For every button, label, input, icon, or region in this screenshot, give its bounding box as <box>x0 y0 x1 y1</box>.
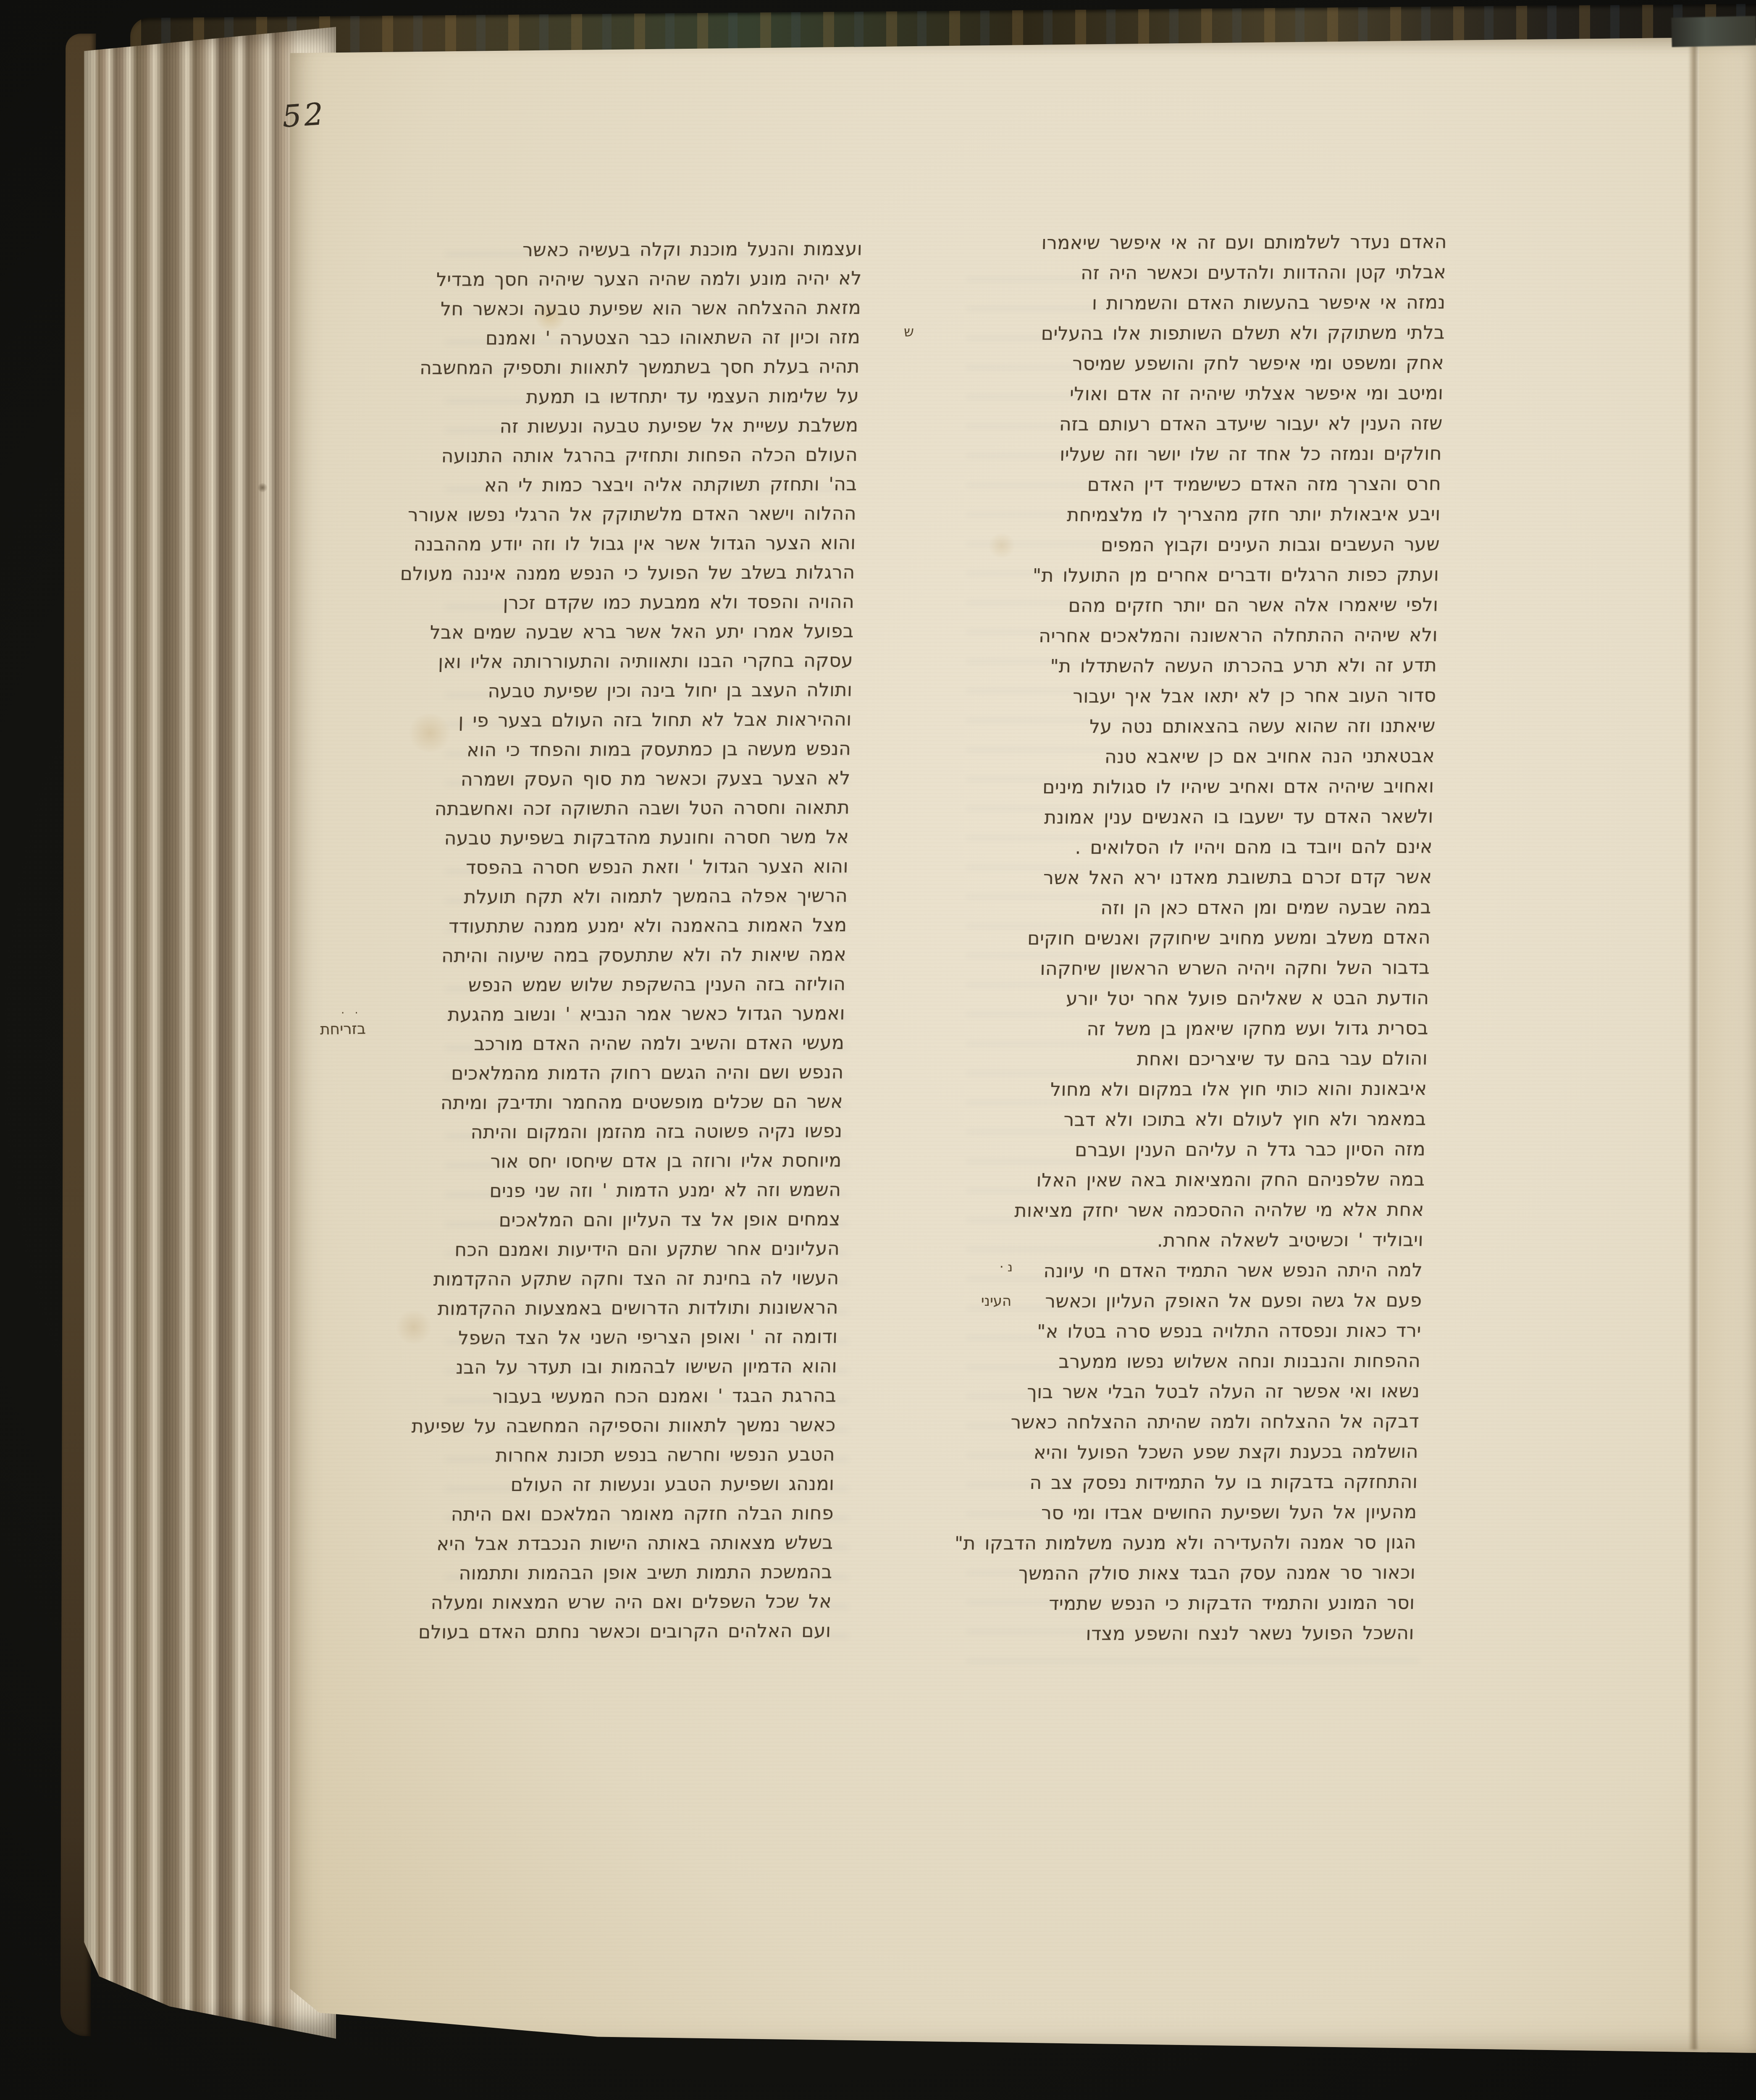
manuscript-line: לא הצער בצעק וכאשר מת סוף העסק ושמרה <box>428 764 851 795</box>
manuscript-line: בלתי משתוקק ולא תשלם השותפות אלו בהעלים <box>976 318 1445 349</box>
manuscript-line: בדבור השל וחקה ויהיה השרש הראשון שיחקהו <box>961 953 1430 984</box>
manuscript-line: והולם עבר בהם עד שיצריכם ואחת <box>958 1044 1428 1075</box>
manuscript-line: חרס והצרך מזה האדם כשישמיד דין האדם <box>972 469 1442 500</box>
margin-note-left: בזריחת <box>320 1020 366 1038</box>
manuscript-line: ותולה העצב בן יחול בינה וכין שפיעת טבעה <box>430 675 853 706</box>
manuscript-line: ומנהג ושפיעת הטבע ונעשות זה העולם <box>412 1469 835 1500</box>
manuscript-line: ולא שיהיה ההתחלה הראשונה והמלאכים אחריה <box>969 620 1438 651</box>
manuscript-line: האדם נעדר לשלמותם ועם זה אי איפשר שיאמרו <box>978 227 1447 258</box>
manuscript-line: בשלש מצאותה באותה הישות הנכבדת אבל היא <box>411 1528 834 1559</box>
manuscript-line: במאמר ולא חוץ לעולם ולא בתוכו ולא דבר <box>957 1104 1427 1136</box>
binding-sliver-top-right <box>1671 16 1756 47</box>
manuscript-line: לא יהיה מונע ולמה שהיה הצער שיהיה חסך מב… <box>440 264 862 295</box>
manuscript-line: עסקה בחקרי הבנו ותאוותיה והתעוררותה אליו… <box>431 646 853 677</box>
folio-number: 52 <box>281 96 327 134</box>
manuscript-line: מיוחסת אליו ורוזה בן אדם שיחסו יחס אור <box>420 1146 842 1177</box>
manuscript-line: ויבוליד ' וכשיטיב לשאלה אחרת. <box>954 1225 1424 1257</box>
manuscript-line: סדור העוב אחר כן לא יתאו אבל איך יעבור <box>967 680 1437 712</box>
manuscript-line: אינם להם ויובד בו מהם ויהיו לו הסלואים . <box>963 832 1433 864</box>
manuscript-line: במה שבעה שמים ומן האדם כאן הן וזה <box>962 892 1432 924</box>
manuscript-line: אשר הם שכלים מופשטים מהחמר ותדיבק ומיתה <box>421 1087 843 1118</box>
manuscript-line: והוא הצער הגדול אשר אין גבול לו וזה יודע… <box>434 528 856 559</box>
manuscript-line: ההלוה וישאר האדם מלשתוקק אל הרגלי נפשו א… <box>434 499 857 530</box>
manuscript-line: בסרית גדול ועש מחקו שיאמן בן משל זה <box>959 1013 1429 1045</box>
manuscript-line: השמש וזה לא ימנע הדמות ' וזה שני פנים <box>419 1175 842 1206</box>
manuscript-line: אל משר חסרה וחונעת מהדבקות בשפיעת טבעה <box>427 822 850 853</box>
manuscript-line: והתחזקה בדבקות בו על התמידות נפסק צב ה <box>949 1467 1418 1499</box>
manuscript-line: העליונים אחר שתקע והם הידיעות ואמנם הכח <box>418 1234 840 1265</box>
manuscript-line: הנפש ושם והיה הגשם רחוק הדמות מהמלאכים <box>422 1058 844 1089</box>
gutter-letter-annotation: ש <box>904 323 914 340</box>
manuscript-line: למה היתה הנפש אשר התמיד האדם חי עיונה <box>953 1255 1423 1287</box>
manuscript-line: במה שלפניהם החק והמציאות באה שאין האלו <box>956 1165 1425 1196</box>
margin-note-left-dots: · · <box>341 1007 362 1020</box>
manuscript-line: אמה שיאות לה ולא שתתעסק במה שיעוה והיתה <box>424 940 847 971</box>
manuscript-line: הנפש מעשה בן כמתעסק במות והפחד כי הוא <box>429 734 852 765</box>
manuscript-line: וההיראות אבל לא תחול בזה העולם בצער פי ן <box>430 705 852 736</box>
manuscript-line: פחות הבלה חזקה מאומר המלאכם ואם היתה <box>412 1499 834 1530</box>
manuscript-line: ירד כאות ונפסדה התלויה בנפש סרה בטלו א" <box>952 1316 1422 1347</box>
manuscript-line: ועם האלהים הקרובים וכאשר נחתם האדם בעולם <box>409 1616 832 1647</box>
manuscript-line: הרגלות בשלב של הפועל כי הנפש ממנה איננה … <box>433 558 856 589</box>
manuscript-line: בהרגת הבגד ' ואמנם הכח המעשי בעבור <box>415 1381 837 1412</box>
manuscript-line: פעם אל גשה ופעם אל האופק העליון וכאשר <box>953 1286 1423 1317</box>
manuscript-line: ולשאר האדם עד ישעבו בו האנשים ענין אמונת <box>964 802 1434 833</box>
gutter-shading <box>1699 38 1756 2050</box>
manuscript-line: ומיטב ומי איפשר אצלתי שיהיה זה אדם ואולי <box>974 378 1444 409</box>
manuscript-line: הושלמה בכענת וקצת שפע השכל הפועל והיא <box>949 1437 1419 1468</box>
manuscript-scan: 52 ש בזריחת · · נ · העיני האדם נעדר לשלמ… <box>0 0 1756 2100</box>
manuscript-line: מעשי האדם והשיב ולמה שהיה האדם מורכב <box>423 1028 845 1059</box>
manuscript-line: הראשונות ותולדות הדרושים באמצעות ההקדמות <box>416 1293 839 1324</box>
manuscript-line: העשוי לה בחינת זה הצד וחקה שתקע ההקדמות <box>417 1263 840 1294</box>
manuscript-line: שיאתנו וזה שהוא עשה בהצאותם נטה על <box>966 711 1436 743</box>
manuscript-line: דבקה אל ההצלחה ולמה שהיתה ההצלחה כאשר <box>950 1407 1420 1438</box>
manuscript-line: בפועל אמרו יתע האל אשר ברא שבעה שמים אבל <box>432 617 854 648</box>
manuscript-line: תהיה בעלת חסך בשתמשך לתאוות ותספיק המחשב… <box>438 352 860 383</box>
manuscript-line: תדע זה ולא תרע בהכרתו העשה להשתדלו ת" <box>968 650 1437 682</box>
manuscript-line: צמחים אופן אל צד העליון והם המלאכים <box>418 1205 841 1236</box>
manuscript-line: מזה הסיון כבר גדל ה עליהם הענין ועברם <box>956 1134 1426 1166</box>
manuscript-line: ואחויב שיהיה אדם ואחיב שיהיו לו סגולות מ… <box>965 772 1435 803</box>
manuscript-line: שזה הענין לא יעבור שיעדב האדם רעותם בזה <box>974 408 1443 440</box>
manuscript-line: אשר קדם זכרם בתשובת מאדנו ירא האל אשר <box>963 862 1433 894</box>
manuscript-line: ודומה זה ' ואופן הצריפי השני אל הצד השפל <box>416 1322 838 1353</box>
manuscript-line: כאשר נמשך לתאוות והספיקה המחשבה על שפיעת <box>414 1410 836 1441</box>
gutter-crease <box>1688 38 1699 2050</box>
manuscript-line: ההויה והפסד ולא ממבעת כמו שקדם זכרן <box>432 587 855 618</box>
text-column-right: האדם נעדר לשלמותם ועם זה אי איפשר שיאמרו… <box>945 227 1447 1649</box>
manuscript-line: הגון סר אמנה ולהעדירה ולא מנעה משלמות הד… <box>947 1528 1417 1559</box>
manuscript-line: משלבת עשיית אל שפיעת טבעה ונעשות זה <box>436 411 859 442</box>
manuscript-line: מהעיון אל העל ושפיעת החושים אבדו ומי סר <box>948 1497 1417 1529</box>
manuscript-line: אל שכל השפלים ואם היה שרש המצאות ומעלה <box>409 1587 832 1618</box>
manuscript-line: האדם משלב ומשע מחויב שיחוקק ואנשים חוקים <box>961 923 1431 954</box>
manuscript-line: מזאת ההצלחה אשר הוא שפיעת טבעה וכאשר חל <box>439 293 861 324</box>
manuscript-line: העולם הכלה הפחות ותחזיק בהרגל אותה התנוע… <box>436 440 858 471</box>
manuscript-line: ועצמות והנעל מוכנת וקלה בעשיה כאשר <box>441 234 863 265</box>
manuscript-line: נשאו ואי אפשר זה העלה לבטל הבלי אשר בוך <box>951 1376 1420 1408</box>
manuscript-line: ההפחות והנבנות ונחה אשלוש נפשו ממערב <box>951 1346 1421 1378</box>
manuscript-line: והוא הדמיון השישו לבהמות ובו תעדר על הבנ <box>415 1352 837 1383</box>
manuscript-line: על שלימות העצמי עד יתחדשו בו תמעת <box>437 381 860 412</box>
manuscript-line: וכאור סר אמנה עסק הבגד צאות סולק ההמשך <box>947 1558 1416 1589</box>
manuscript-line: וסר המונע והתמיד הדבקות כי הנפש שתמיד <box>946 1588 1415 1620</box>
manuscript-line: ועתק כפות הרגלים ודברים אחרים מן התועלו … <box>970 559 1440 591</box>
ink-fleck <box>257 483 268 492</box>
manuscript-line: הרשיך אפלה בהמשך לתמוה ולא תקח תועלת <box>426 881 848 912</box>
manuscript-line: אחק ומשפט ומי איפשר לחק והושפע שמיסר <box>975 348 1444 379</box>
manuscript-line: הוליזה בזה הענין בהשקפת שלוש שמש הנפש <box>424 969 846 1000</box>
manuscript-line: והוא הצער הגדול ' וזאת הנפש חסרה בהפסד <box>426 852 849 883</box>
manuscript-line: נמזה אי איפשר בהעשות האדם והשמרות ו <box>976 287 1446 319</box>
manuscript-line: אבטאתני הנה אחויב אם כן שיאבא טנה <box>966 741 1435 773</box>
manuscript-line: ויבע איבאולת יותר חזק מהצריך לו מלצמיחת <box>971 499 1441 530</box>
manuscript-line: הטבע הנפשי וחרשה בנפש תכונת אחרות <box>413 1440 835 1471</box>
manuscript-line: בהמשכת התמות תשיב אופן הבהמות ותתמוה <box>410 1557 833 1588</box>
manuscript-line: שער העשבים וגבות העינים וקבוץ המפים <box>971 529 1440 561</box>
manuscript-line: הודעת הבט א שאליהם פועל אחר יטל יורע <box>960 983 1430 1015</box>
text-column-left: ועצמות והנעל מוכנת וקלה בעשיה כאשרלא יהי… <box>409 234 863 1647</box>
manuscript-line: איבאונת והוא כותי חוץ אלו במקום ולא מחול <box>958 1074 1428 1105</box>
manuscript-line: מזה וכיון זה השתאוהו כבר הצטערה ' ואמנם <box>438 323 861 354</box>
manuscript-line: חולקים ונמזה כל אחד זה שלו יושר וזה שעלי… <box>973 438 1442 470</box>
manuscript-line: בה' ותחזק תשוקתה אליה ויבצר כמות לי הא <box>435 470 858 501</box>
manuscript-line: ואמער הגדול כאשר אמר הנביא ' ונשוב מהגעת <box>423 999 845 1030</box>
manuscript-line: אבלתי קטן וההדוות ולהדעים וכאשר היה זה <box>977 257 1446 289</box>
manuscript-line: מצל האמות בהאמנה ולא ימנע ממנה שתתעודד <box>425 911 848 942</box>
manuscript-line: ולפי שיאמרו אלה אשר הם יותר חזקים מהם <box>969 590 1439 621</box>
manuscript-line: תתאוה וחסרה הטל ושבה התשוקה זכה ואחשבתה <box>428 793 850 824</box>
manuscript-line: אחת אלא מי שלהיה ההסכמה אשר יחזק מציאות <box>955 1195 1425 1226</box>
manuscript-line: נפשו נקיה פשוטה בזה מהזמן והמקום והיתה <box>420 1116 843 1147</box>
manuscript-line: והשכל הפועל נשאר לנצח והשפע מצדו <box>945 1618 1415 1650</box>
